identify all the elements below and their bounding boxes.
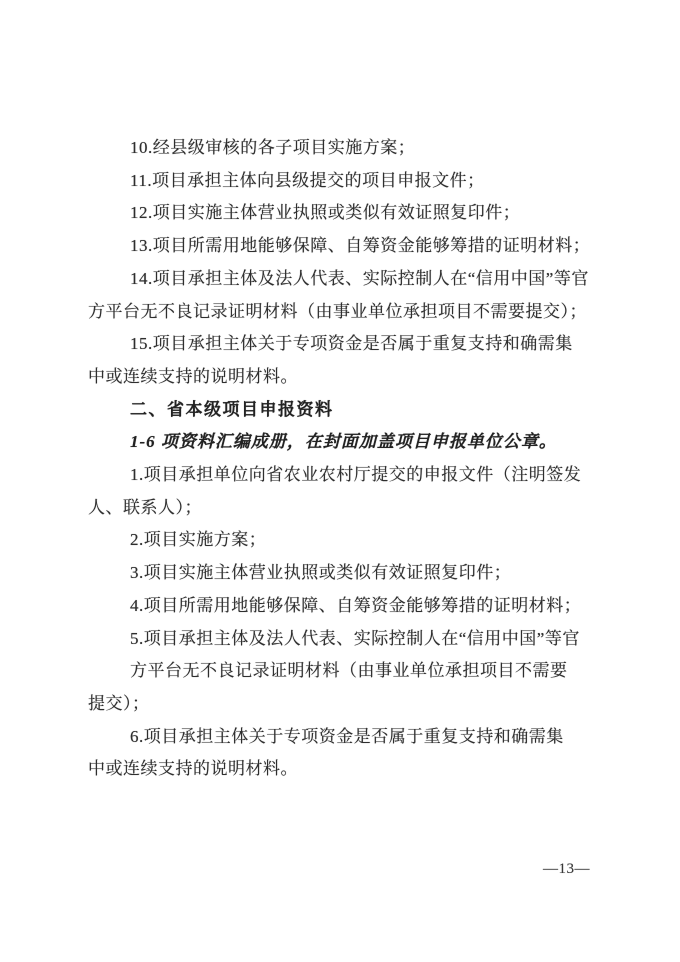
- list-item-2: 2.项目实施方案；: [88, 524, 600, 557]
- list-item-6-continuation: 中或连续支持的说明材料。: [88, 753, 600, 786]
- list-item-4: 4.项目所需用地能够保障、自筹资金能够筹措的证明材料；: [88, 590, 600, 623]
- binding-instruction: 1-6 项资料汇编成册，在封面加盖项目申报单位公章。: [88, 426, 600, 459]
- list-item-5: 5.项目承担主体及法人代表、实际控制人在“信用中国”等官: [88, 623, 600, 656]
- list-item-5-continuation: 方平台无不良记录证明材料（由事业单位承担项目不需要: [88, 655, 600, 688]
- list-item-5-continuation-2: 提交）；: [88, 688, 600, 721]
- section-heading: 二、省本级项目申报资料: [88, 394, 600, 427]
- page-number: —13—: [543, 861, 590, 878]
- document-page: 10.经县级审核的各子项目实施方案； 11.项目承担主体向县级提交的项目申报文件…: [0, 0, 680, 962]
- list-item-3: 3.项目实施主体营业执照或类似有效证照复印件；: [88, 557, 600, 590]
- list-item-6: 6.项目承担主体关于专项资金是否属于重复支持和确需集: [88, 721, 600, 754]
- list-item-10: 10.经县级审核的各子项目实施方案；: [88, 132, 600, 165]
- list-item-1-continuation: 人、联系人）；: [88, 492, 600, 525]
- list-item-12: 12.项目实施主体营业执照或类似有效证照复印件；: [88, 197, 600, 230]
- list-item-1: 1.项目承担单位向省农业农村厅提交的申报文件（注明签发: [88, 459, 600, 492]
- list-item-15: 15.项目承担主体关于专项资金是否属于重复支持和确需集: [88, 328, 600, 361]
- list-item-14: 14.项目承担主体及法人代表、实际控制人在“信用中国”等官: [88, 263, 600, 296]
- text-block: 10.经县级审核的各子项目实施方案； 11.项目承担主体向县级提交的项目申报文件…: [88, 132, 600, 786]
- list-item-13: 13.项目所需用地能够保障、自筹资金能够筹措的证明材料；: [88, 230, 600, 263]
- list-item-11: 11.项目承担主体向县级提交的项目申报文件；: [88, 165, 600, 198]
- list-item-14-continuation: 方平台无不良记录证明材料（由事业单位承担项目不需要提交）；: [88, 296, 600, 329]
- list-item-15-continuation: 中或连续支持的说明材料。: [88, 361, 600, 394]
